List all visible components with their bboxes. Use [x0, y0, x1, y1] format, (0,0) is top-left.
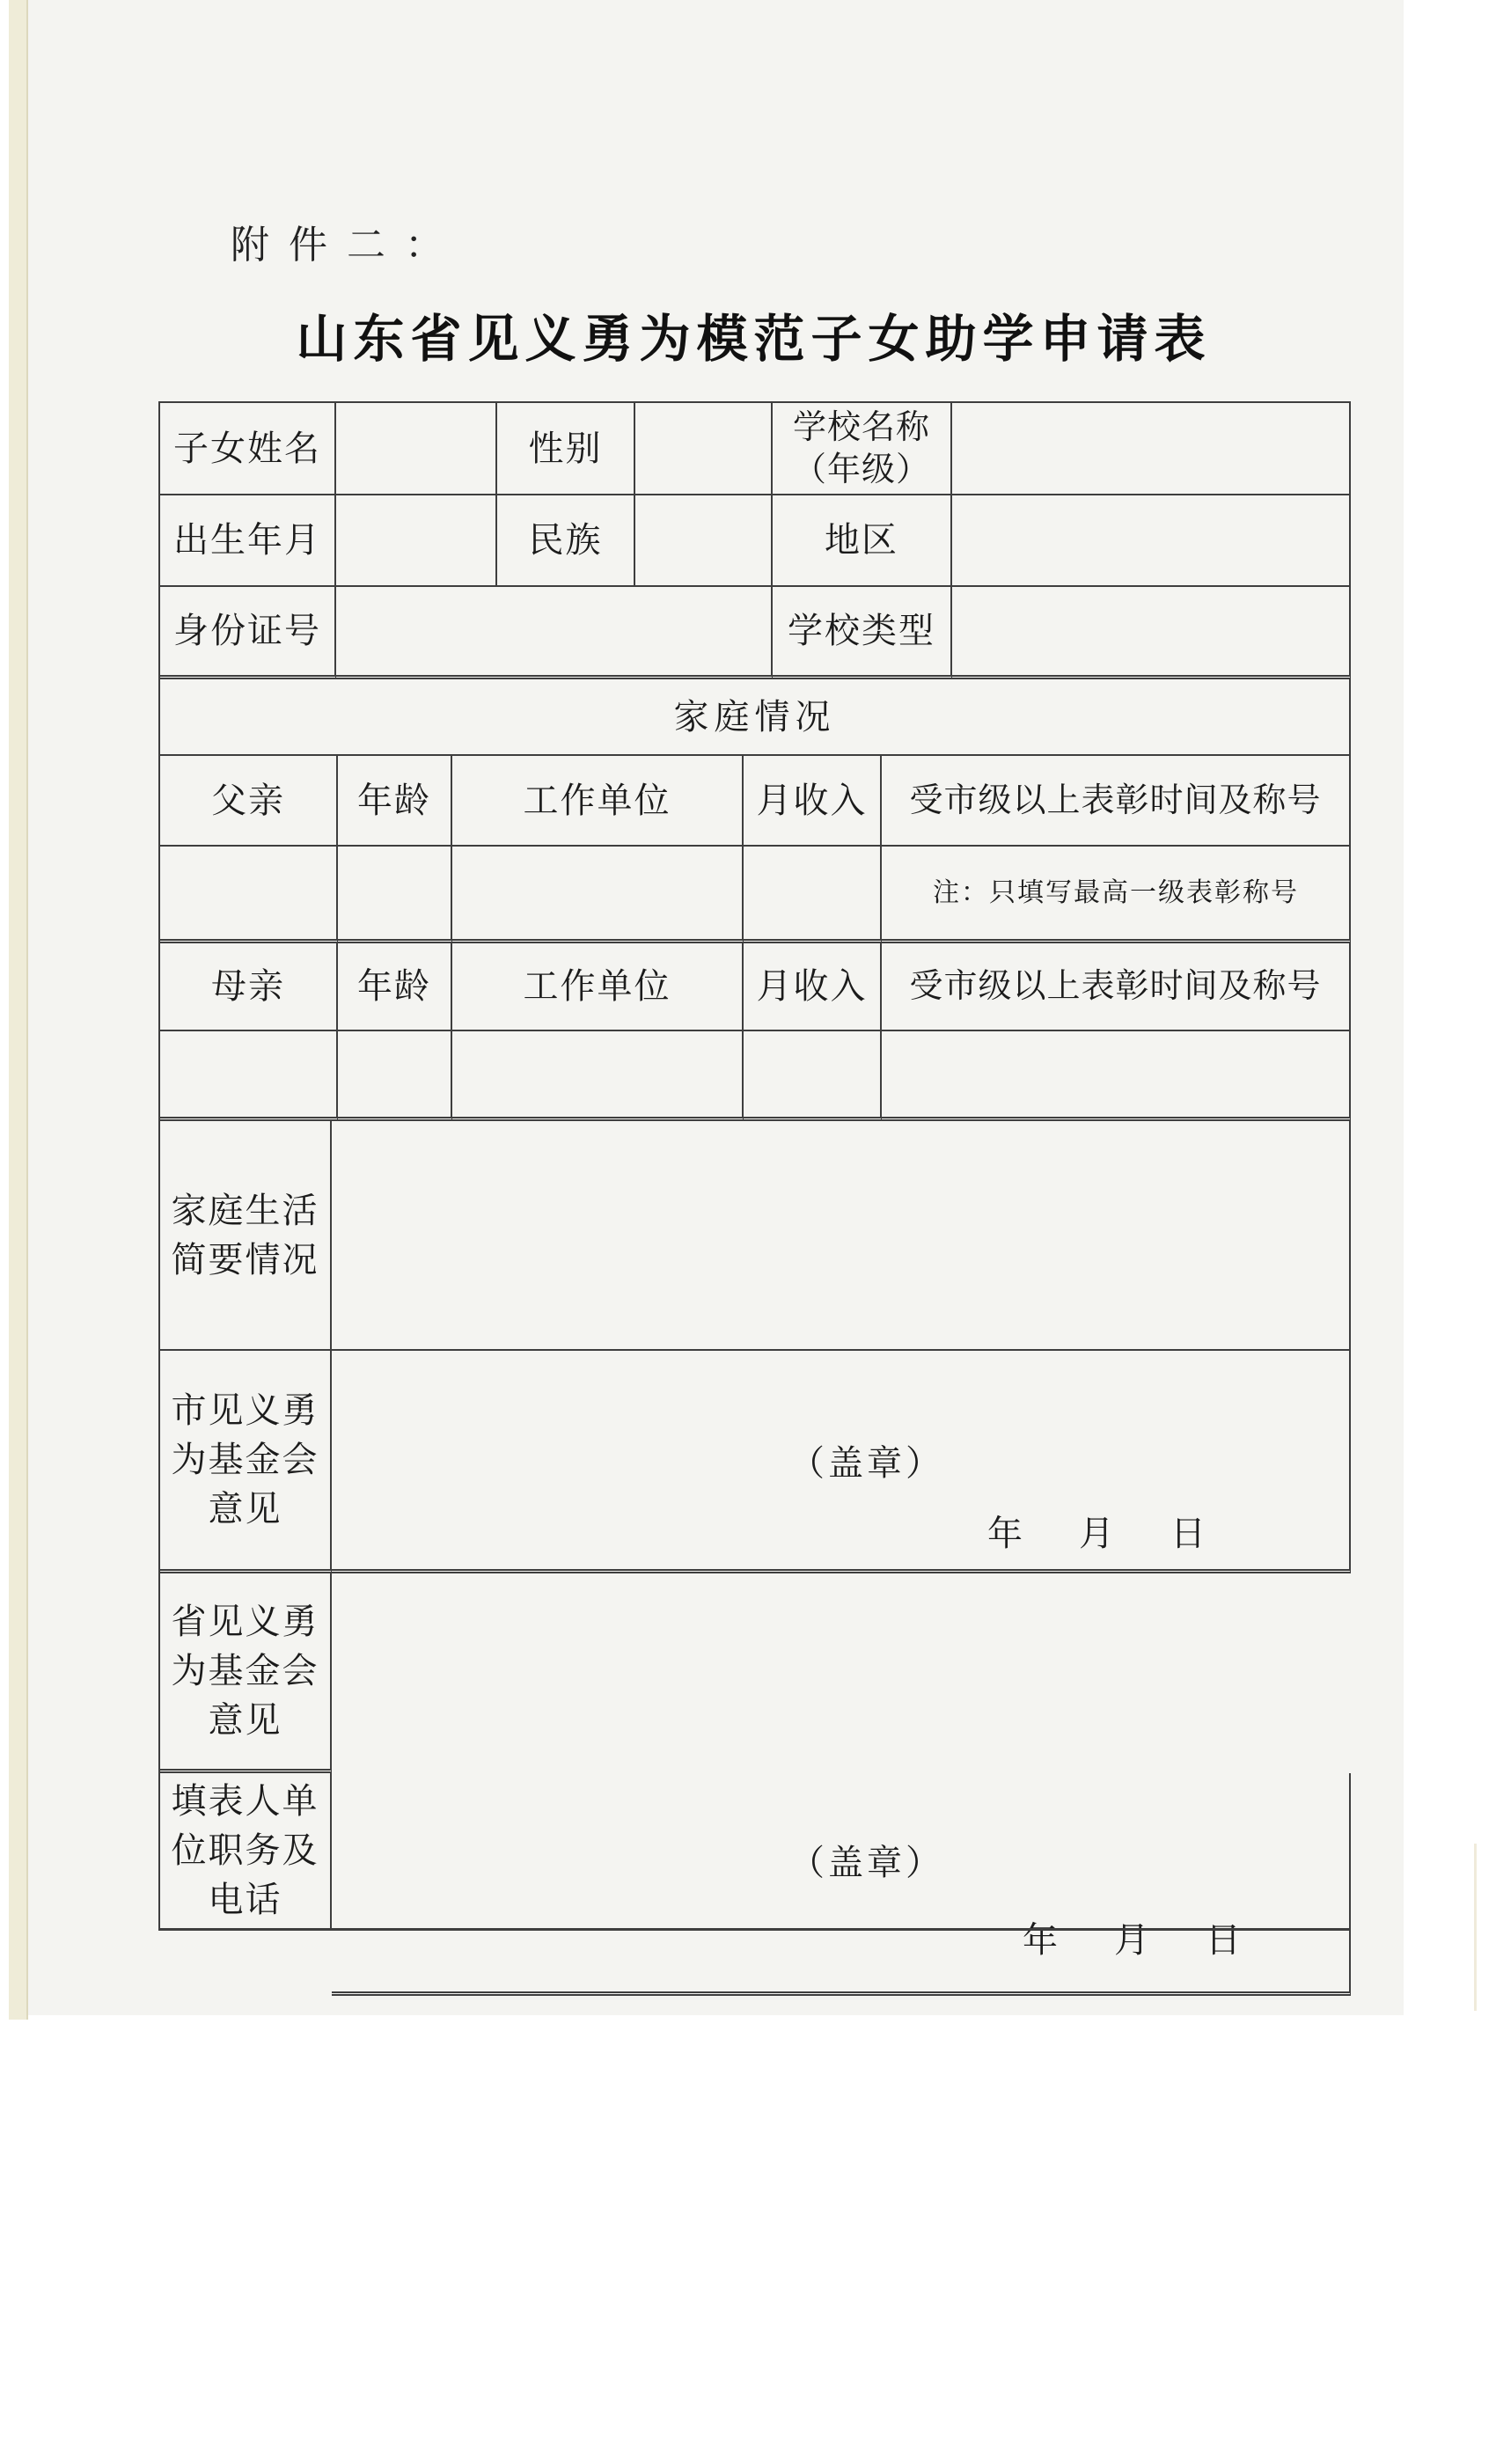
city-date-line: 年月日	[987, 1509, 1207, 1558]
region-value-cell	[952, 495, 1351, 587]
mother-income-value-cell	[744, 1031, 882, 1121]
attachment-label: 附件二：	[231, 222, 463, 269]
father-name-value-cell	[160, 847, 338, 943]
family-life-value-cell	[332, 1121, 1351, 1351]
city-seal-placeholder: （盖章）	[789, 1439, 944, 1488]
birth-date-label-cell: 出生年月	[160, 495, 336, 587]
mother-work-unit-value-cell	[452, 1031, 744, 1121]
application-form-table: 子女姓名 性别 学校名称 （年级） 出生年月 民族 地区 身份证号 学校类型 家…	[158, 401, 1351, 1931]
school-type-value-cell	[952, 587, 1351, 679]
child-name-value-cell	[336, 403, 497, 495]
father-work-unit-label-cell: 工作单位	[452, 756, 744, 847]
city-opinion-label-cell: 市见义勇 为基金会 意见	[160, 1351, 332, 1573]
mother-commendation-label-cell: 受市级以上表彰时间及称号	[882, 943, 1351, 1031]
child-name-label-cell: 子女姓名	[160, 403, 336, 495]
form-filler-label-cell: 填表人单 位职务及 电话	[160, 1773, 332, 1931]
gender-value-cell	[635, 403, 773, 495]
id-number-value-cell	[336, 587, 773, 679]
gender-label-cell: 性别	[497, 403, 635, 495]
scan-right-edge-artifact	[1474, 1844, 1477, 2011]
father-work-unit-value-cell	[452, 847, 744, 943]
city-opinion-value-cell: （盖章） 年月日	[332, 1351, 1351, 1573]
id-number-label-cell: 身份证号	[160, 587, 336, 679]
mother-name-value-cell	[160, 1031, 338, 1121]
mother-work-unit-label-cell: 工作单位	[452, 943, 744, 1031]
mother-age-value-cell	[338, 1031, 452, 1121]
school-type-label-cell: 学校类型	[773, 587, 952, 679]
ethnic-value-cell	[635, 495, 773, 587]
father-commendation-value-cell: 注：只填写最高一级表彰称号	[882, 847, 1351, 943]
family-life-label-cell: 家庭生活 简要情况	[160, 1121, 332, 1351]
mother-label-cell: 母亲	[160, 943, 338, 1031]
mother-age-label-cell: 年龄	[338, 943, 452, 1031]
form-filler-value-cell	[332, 1773, 1351, 1931]
school-name-label-cell: 学校名称 （年级）	[773, 403, 952, 495]
ethnic-label-cell: 民族	[497, 495, 635, 587]
school-name-value-cell	[952, 403, 1351, 495]
province-opinion-label-cell: 省见义勇 为基金会 意见	[160, 1573, 332, 1773]
commendation-note: 注：只填写最高一级表彰称号	[933, 876, 1299, 911]
father-age-label-cell: 年龄	[338, 756, 452, 847]
father-income-value-cell	[744, 847, 882, 943]
document-title: 山东省见义勇为模范子女助学申请表	[158, 308, 1349, 371]
birth-date-value-cell	[336, 495, 497, 587]
father-age-value-cell	[338, 847, 452, 943]
family-section-header-cell: 家庭情况	[160, 679, 1351, 756]
scan-left-edge-artifact	[9, 0, 28, 2020]
father-income-label-cell: 月收入	[744, 756, 882, 847]
region-label-cell: 地区	[773, 495, 952, 587]
father-commendation-label-cell: 受市级以上表彰时间及称号	[882, 756, 1351, 847]
mother-commendation-value-cell	[882, 1031, 1351, 1121]
father-label-cell: 父亲	[160, 756, 338, 847]
mother-income-label-cell: 月收入	[744, 943, 882, 1031]
